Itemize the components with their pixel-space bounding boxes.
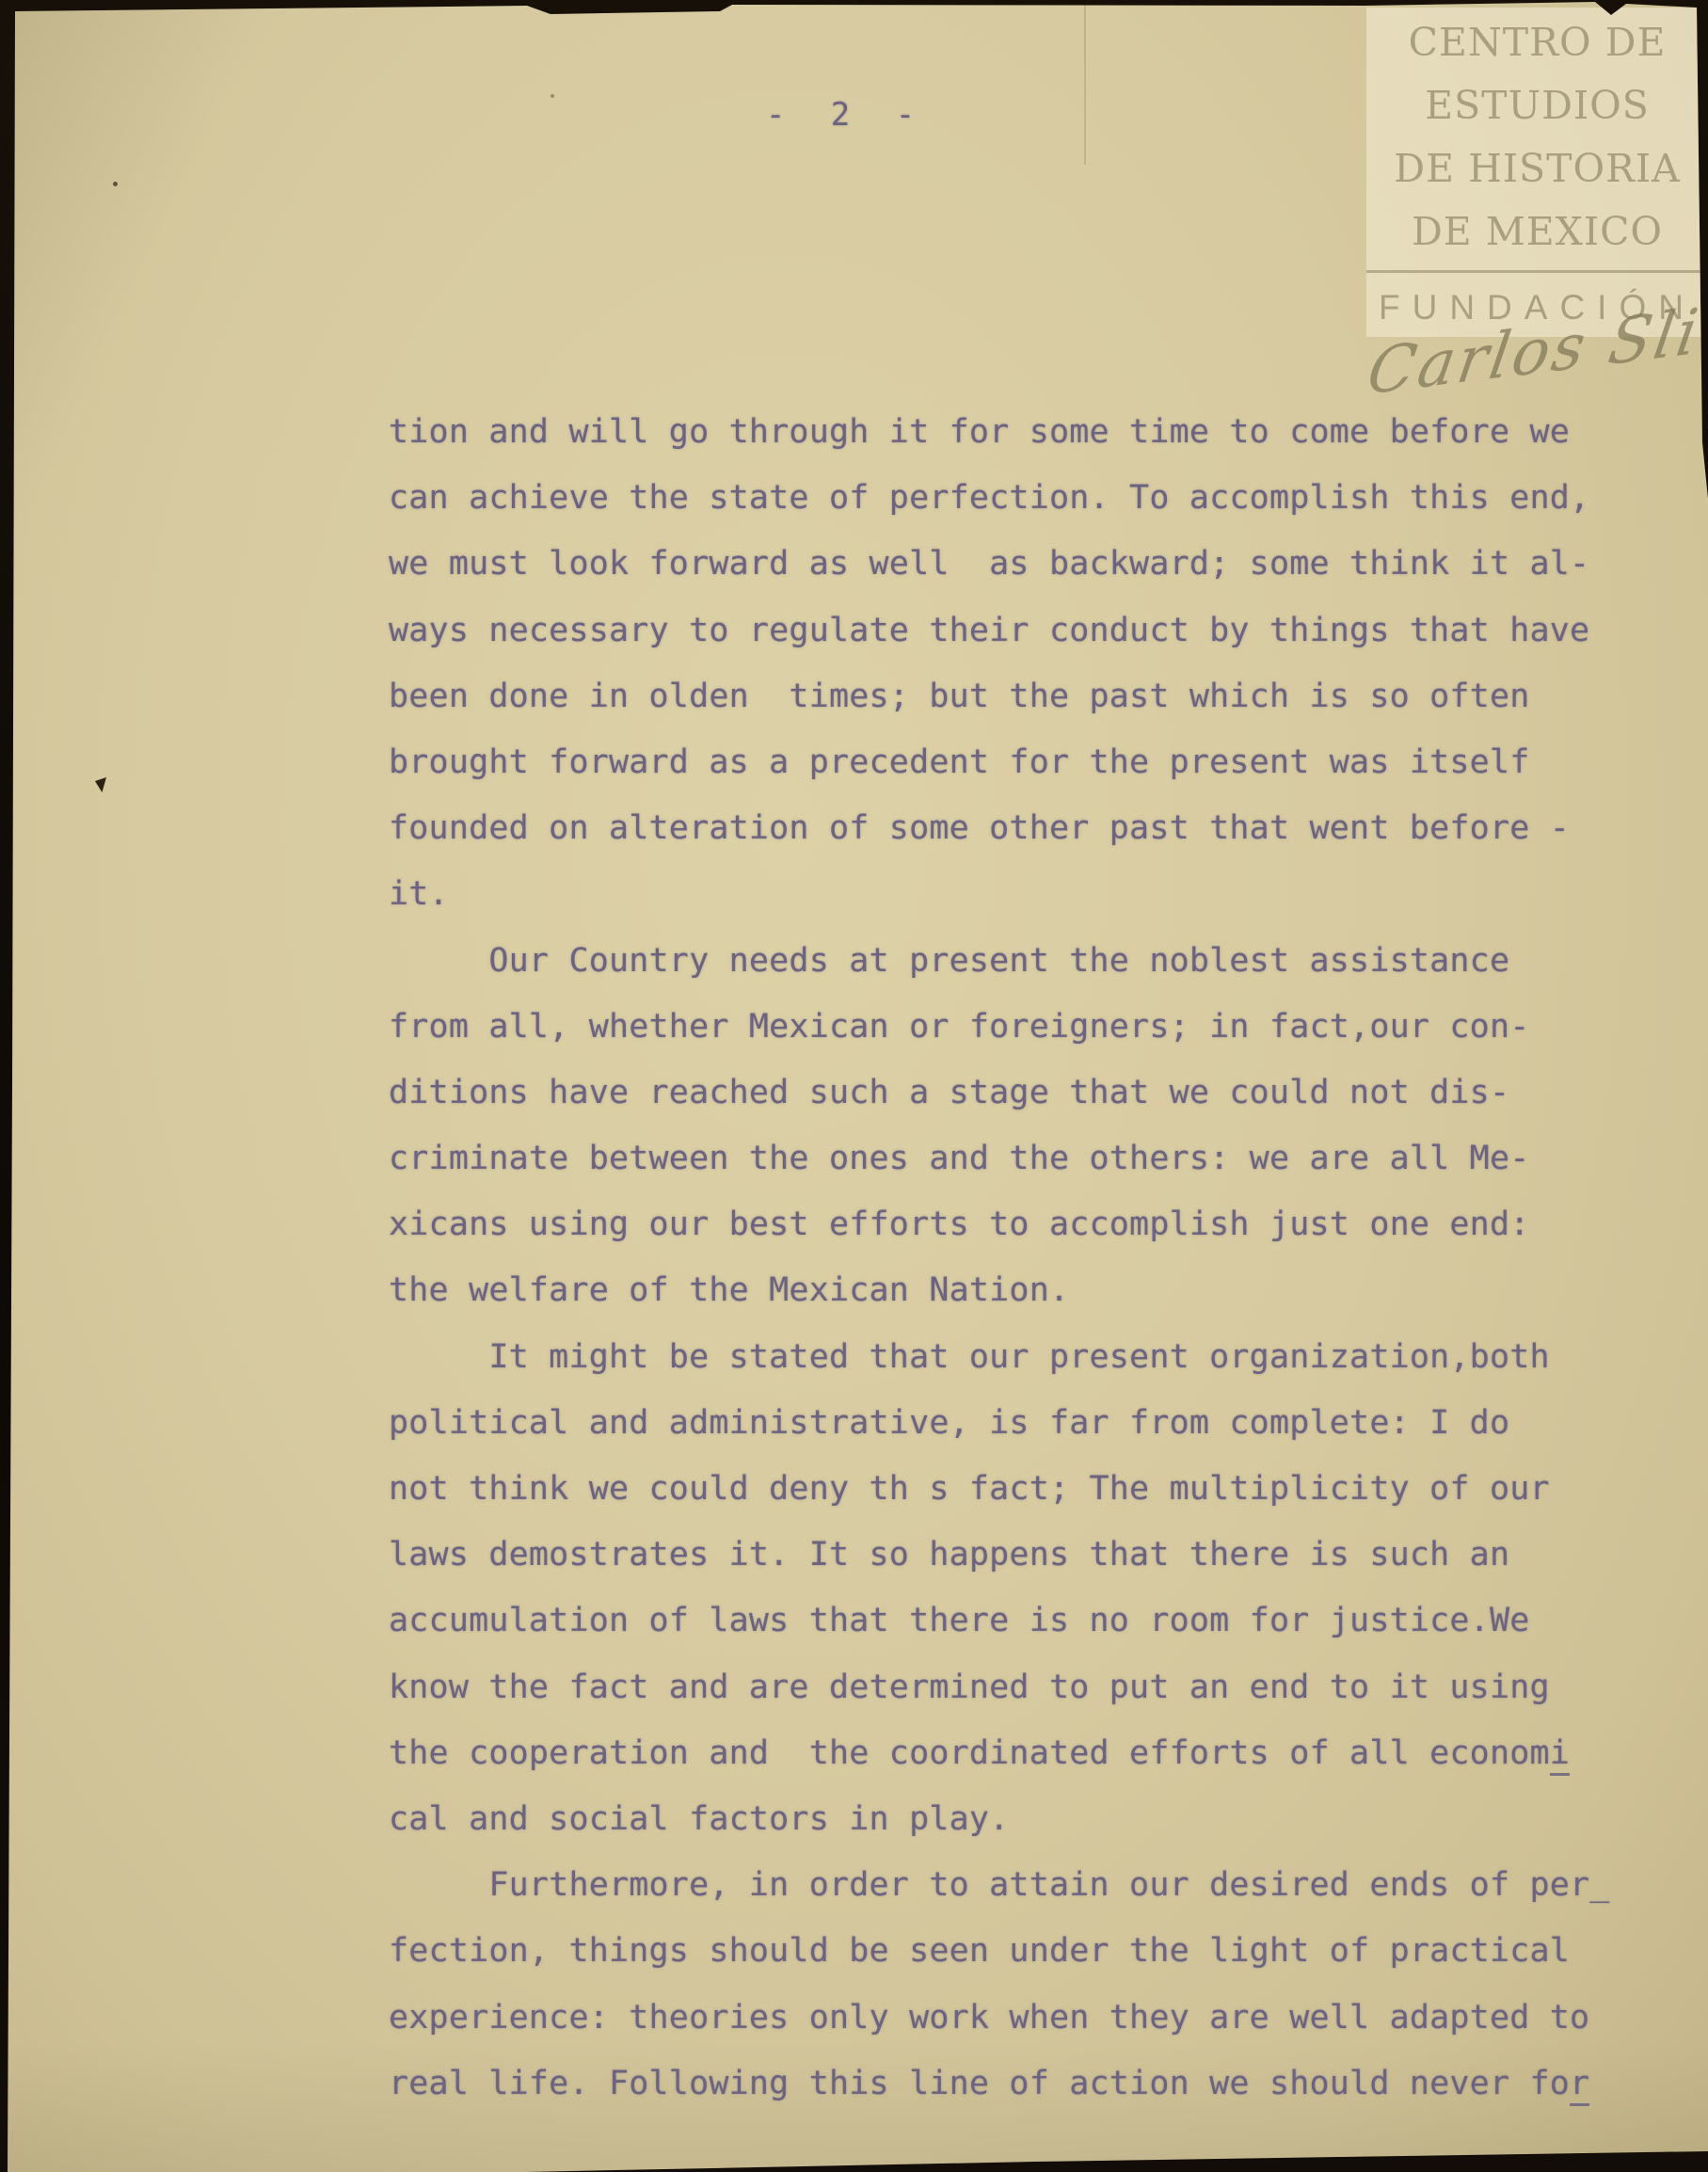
typed-line: political and administrative, is far fro… [389,1390,1610,1456]
typed-line: It might be stated that our present orga… [389,1324,1610,1390]
ink-speck [113,182,118,186]
scan-background: - 2 - tion and will go through it for so… [0,0,1708,2172]
watermark-org-line: CENTRO DE [1366,11,1708,74]
typed-line: been done in olden times; but the past w… [389,663,1610,729]
typed-line: experience: theories only work when they… [389,1985,1610,2051]
typed-line: cal and social factors in play. [389,1786,1610,1852]
typed-line: ways necessary to regulate their conduct… [389,598,1610,663]
typed-text-body: tion and will go through it for some tim… [389,399,1610,2116]
typed-line: Furthermore, in order to attain our desi… [389,1852,1610,1918]
watermark-org-name: CENTRO DE ESTUDIOS DE HISTORIA DE MEXICO [1366,11,1708,264]
watermark-divider-line [1366,270,1708,273]
typed-line: the cooperation and the coordinated effo… [389,1720,1610,1786]
typed-line: brought forward as a precedent for the p… [389,729,1610,795]
watermark-org-line: ESTUDIOS [1366,74,1708,137]
typed-line: laws demostrates it. It so happens that … [389,1522,1610,1588]
typed-line: from all, whether Mexican or foreigners;… [389,994,1610,1060]
paper-crease [1084,0,1086,165]
typed-line: not think we could deny th s fact; The m… [389,1456,1610,1522]
typed-line: ditions have reached such a stage that w… [389,1060,1610,1126]
typed-line: know the fact and are determined to put … [389,1654,1610,1720]
typed-line: xicans using our best efforts to accompl… [389,1191,1610,1257]
typed-line: tion and will go through it for some tim… [389,399,1610,465]
typed-line: the welfare of the Mexican Nation. [389,1257,1610,1323]
typed-line: fection, things should be seen under the… [389,1918,1610,1984]
typed-line: real life. Following this line of action… [389,2051,1610,2116]
typed-line: we must look forward as well as backward… [389,531,1610,597]
watermark-overlay: CENTRO DE ESTUDIOS DE HISTORIA DE MEXICO… [1366,8,1708,337]
typed-line: accumulation of laws that there is no ro… [389,1588,1610,1653]
watermark-org-line: DE MEXICO [1366,200,1708,264]
watermark-org-line: DE HISTORIA [1366,137,1708,200]
typed-line: it. [389,861,1610,927]
ink-speck [95,777,106,792]
document-page: - 2 - tion and will go through it for so… [0,0,1708,2172]
typed-line: can achieve the state of perfection. To … [389,465,1610,531]
typed-line: criminate between the ones and the other… [389,1126,1610,1191]
typed-line: founded on alteration of some other past… [389,795,1610,861]
typed-line: Our Country needs at present the noblest… [389,928,1610,994]
